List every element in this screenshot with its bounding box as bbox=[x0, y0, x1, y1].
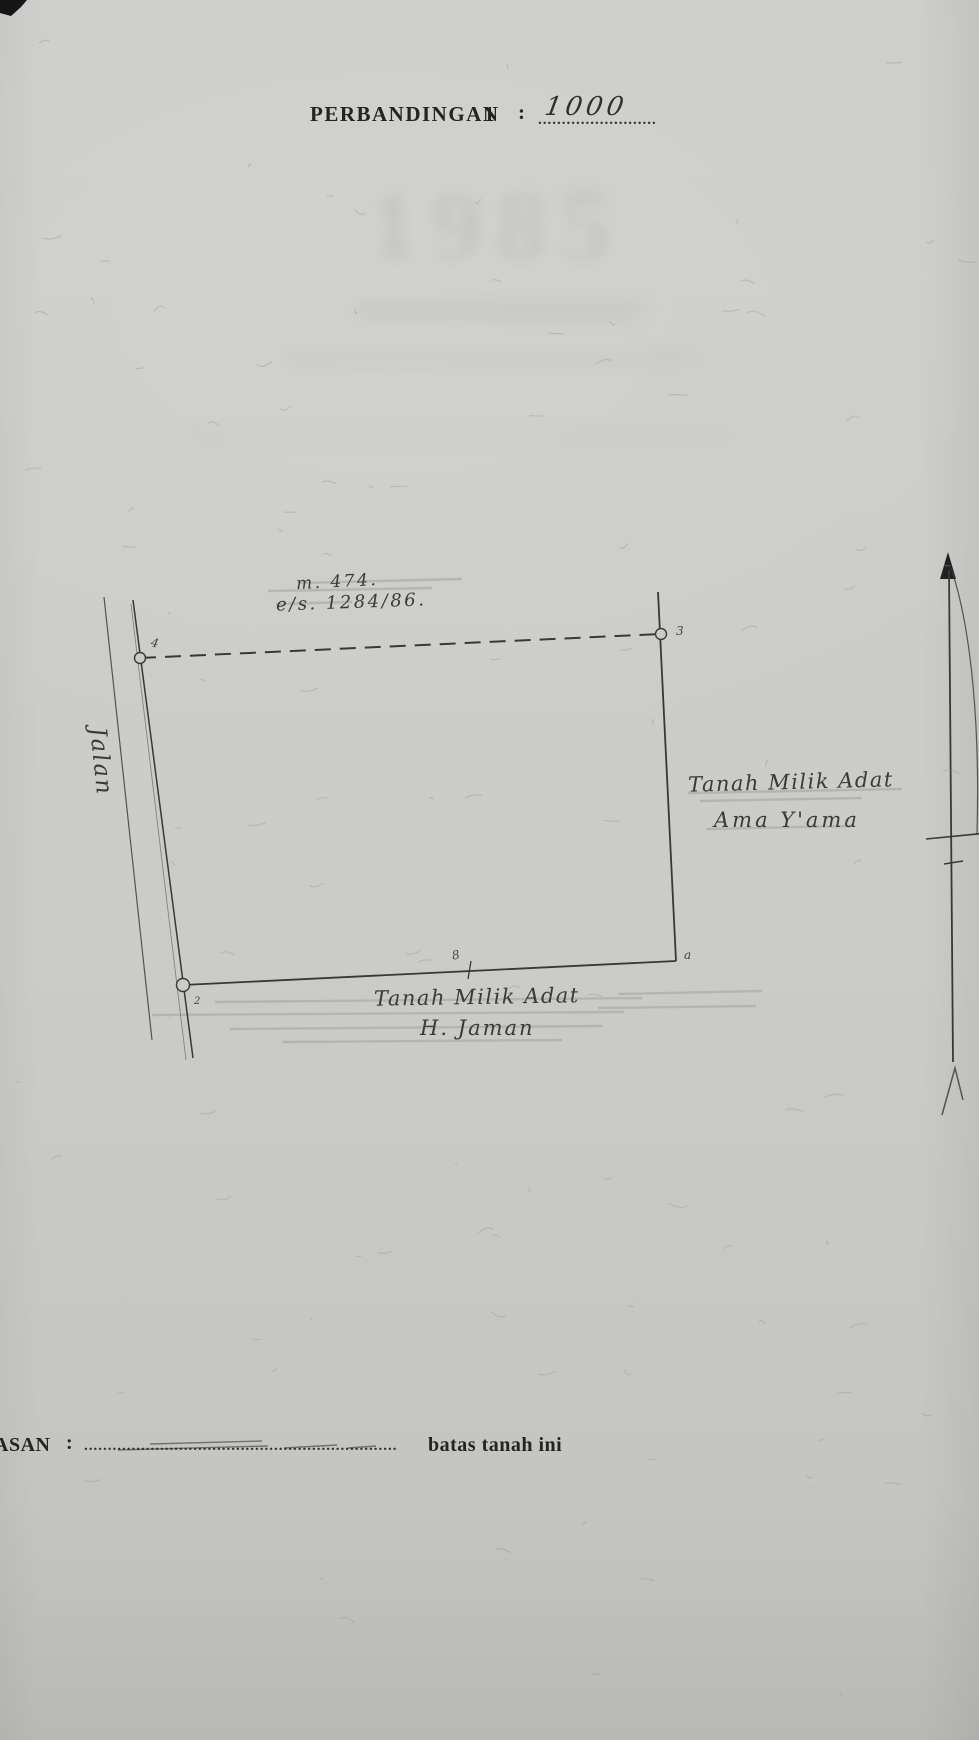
survey-drawing bbox=[0, 0, 979, 1740]
owner-bottom-line2: H. Jaman bbox=[420, 1016, 535, 1040]
scale-ratio-number: 1 bbox=[484, 102, 496, 127]
scan-corner-blemish bbox=[0, 0, 27, 16]
footer-text: batas tanah ini bbox=[428, 1434, 562, 1457]
road-lines bbox=[104, 597, 186, 1060]
north-arrow bbox=[926, 552, 979, 1115]
footer-dotted-rule: ........................................… bbox=[84, 1438, 424, 1455]
corner-label-bottom-right: a bbox=[684, 948, 691, 962]
corner-label-bottom-left: 2 bbox=[194, 996, 200, 1007]
scale-dotted-rule: ......................... bbox=[538, 112, 657, 129]
owner-bottom-line1: Tanah Milik Adat bbox=[374, 983, 580, 1011]
scanned-land-survey-page: 1985 bbox=[0, 0, 979, 1740]
owner-right-line2: Ama Y'ama bbox=[714, 808, 860, 832]
scale-colon: : bbox=[518, 100, 527, 125]
pen-check-mark bbox=[942, 1068, 963, 1115]
corner-label-top-right: 3 bbox=[676, 624, 684, 638]
scale-heading: PERBANDINGAN bbox=[310, 102, 500, 127]
corner-point-markers bbox=[135, 629, 667, 992]
footer-label-fragment: ASAN bbox=[0, 1434, 50, 1457]
footer-colon: : bbox=[66, 1432, 73, 1455]
